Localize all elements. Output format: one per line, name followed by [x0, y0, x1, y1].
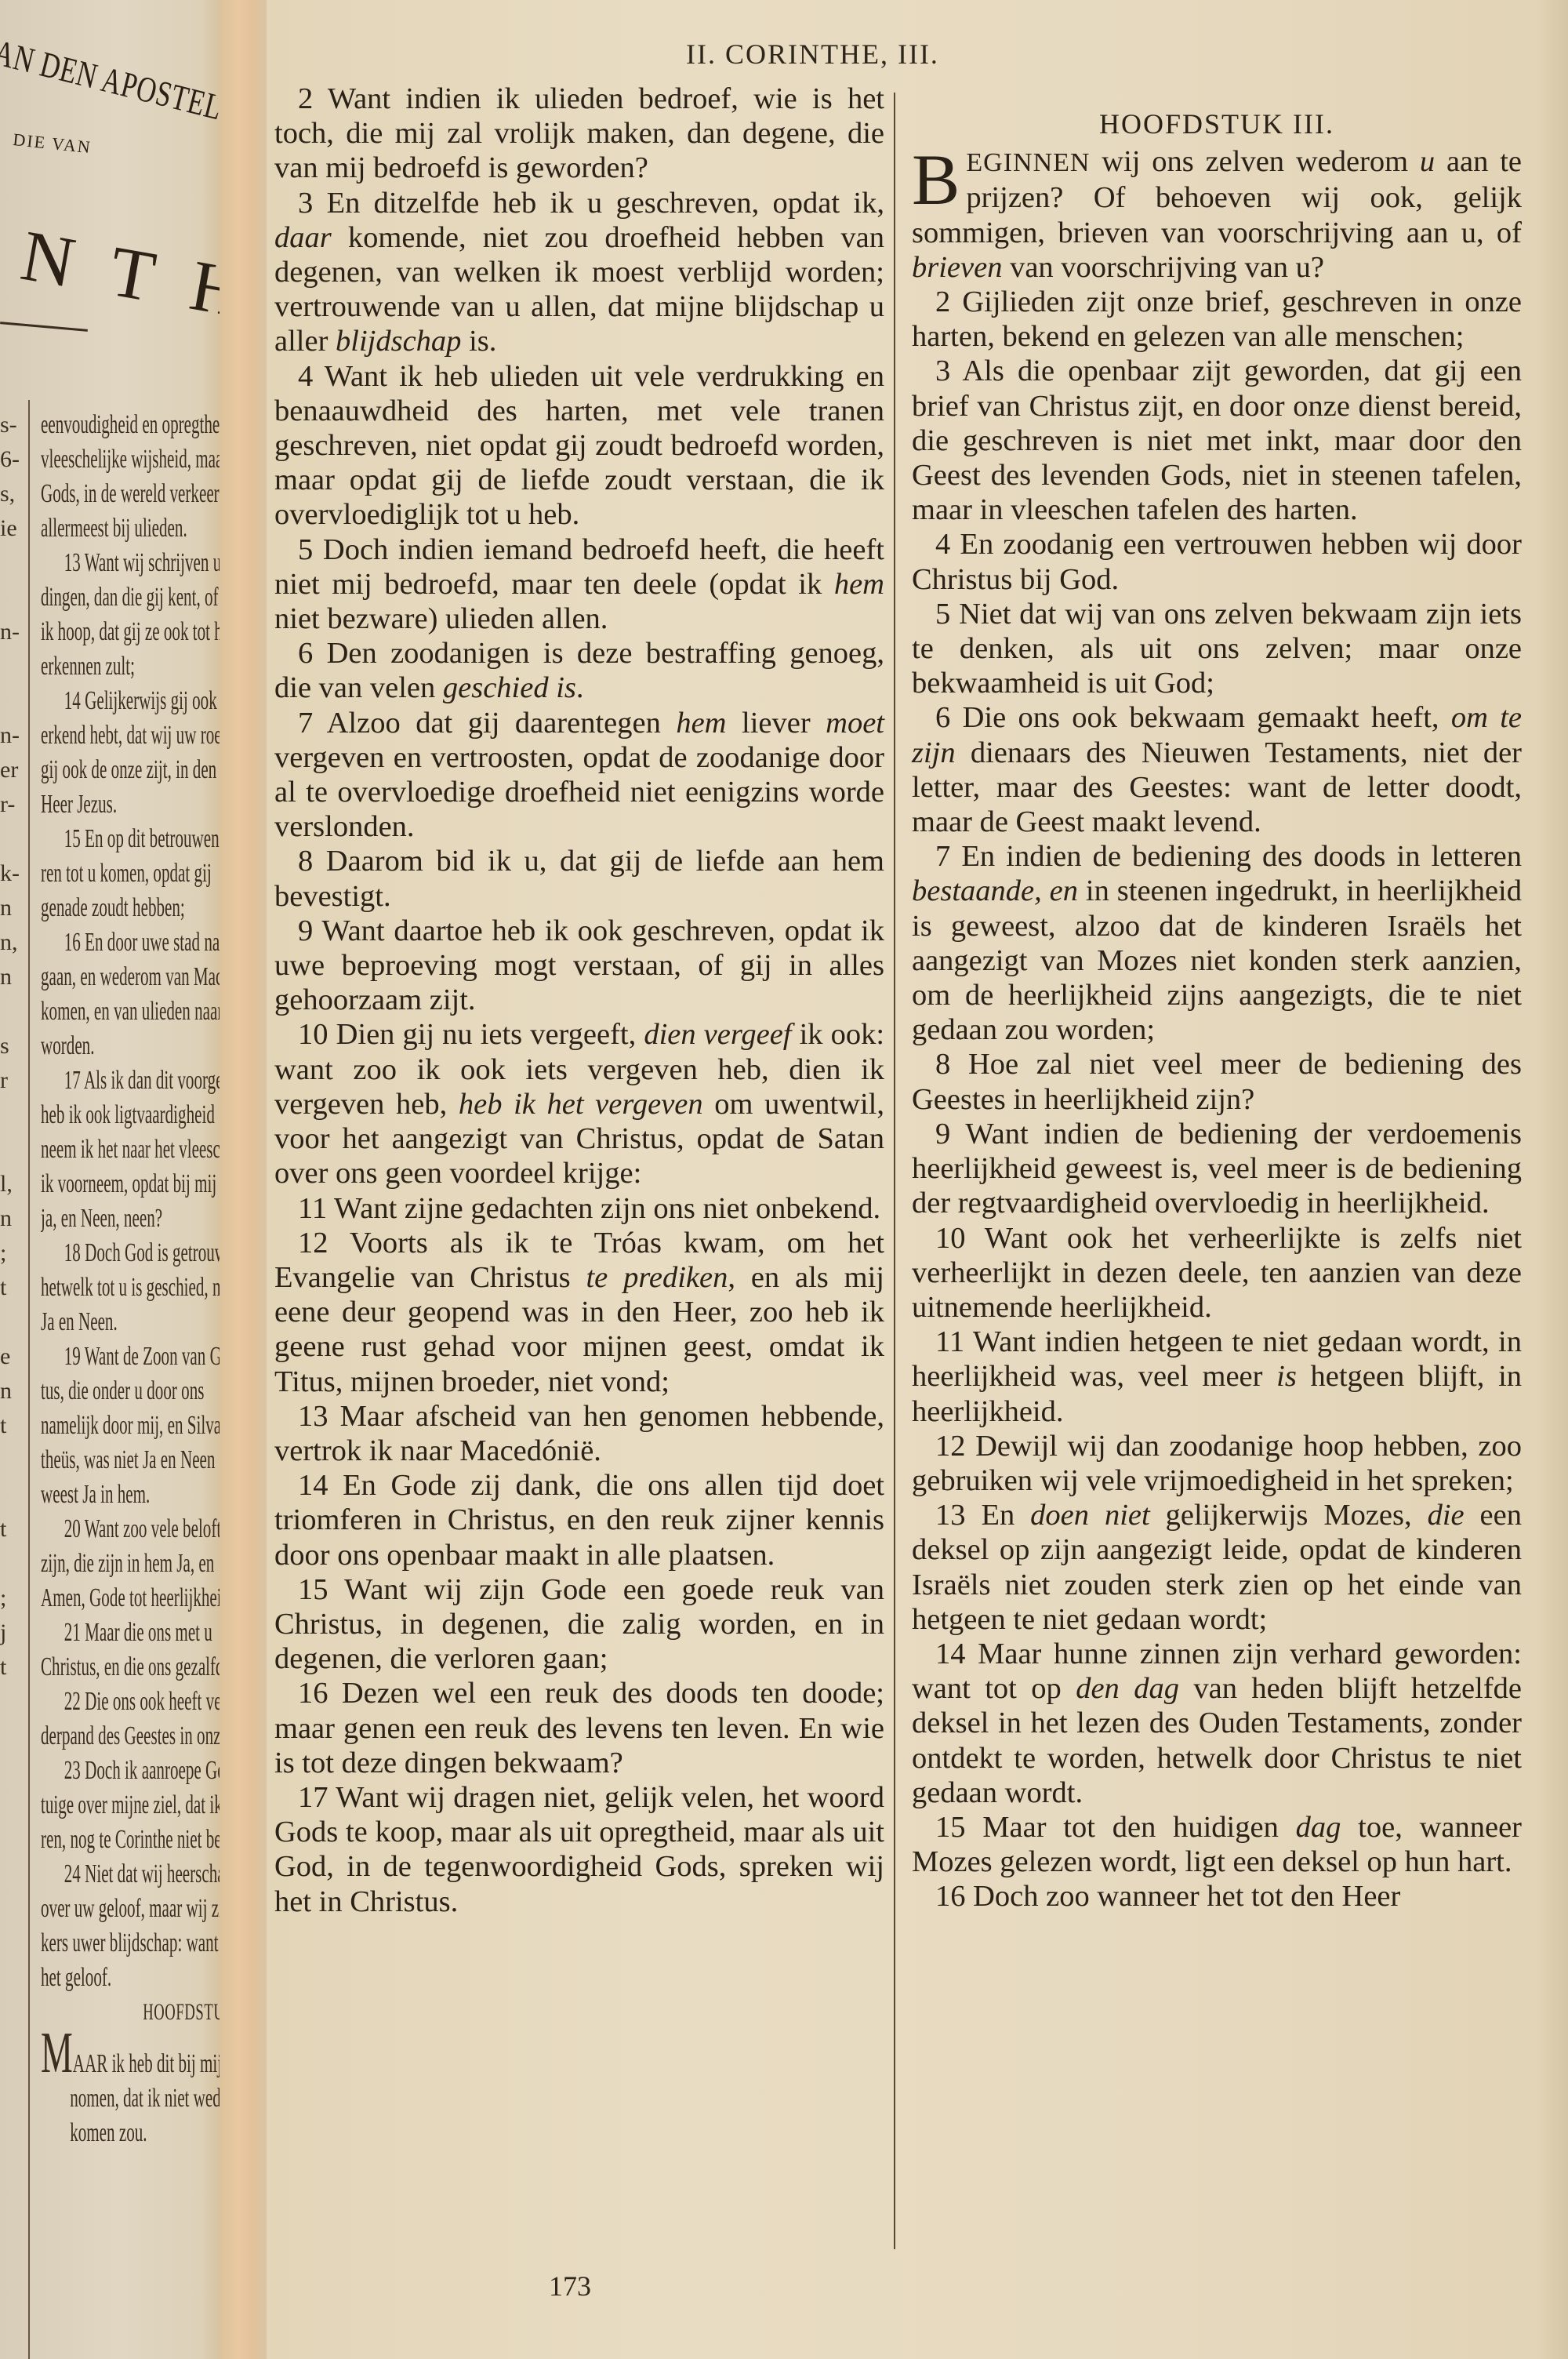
left-page-line: hetwelk tot u is geschied, niet	[41, 1270, 226, 1305]
drop-cap: B	[912, 149, 960, 210]
margin-fragment	[0, 1132, 19, 1167]
verse-text: niet bezware) ulieden allen.	[274, 602, 608, 635]
verse-number: 16	[935, 1880, 966, 1913]
verse-11: 11 Want indien hetgeen te niet gedaan wo…	[912, 1325, 1522, 1429]
left-page-line: 18 Doch God is getrouw, dat	[41, 1236, 226, 1270]
left-page-line: eenvoudigheid en opregtheid	[41, 408, 226, 442]
margin-fragment	[0, 649, 19, 684]
left-page-line: zijn, die zijn in hem Ja, en	[41, 1547, 226, 1581]
verse-number: 12	[935, 1430, 966, 1463]
main-page: II. CORINTHE, III. 2 Want indien ik ulie…	[267, 0, 1568, 2359]
left-page-line: over uw geloof, maar wij zijn	[41, 1892, 226, 1926]
running-head: II. CORINTHE, III.	[686, 38, 939, 71]
verse-13: 13 En doen niet gelijkerwijs Mozes, die …	[912, 1498, 1522, 1637]
left-page-line: 16 En door uwe stad naar	[41, 925, 226, 960]
left-page-line: tus, die onder u door ons	[41, 1374, 226, 1408]
verse-text: vergeven en vertroosten, opdat de zoodan…	[274, 741, 884, 843]
margin-fragment	[0, 994, 19, 1029]
verse-6: 6 Die ons ook bekwaam gemaakt heeft, om …	[912, 700, 1522, 839]
verse-text: Want wij zijn Gode een goede reuk van Ch…	[274, 1573, 884, 1675]
left-page-line: 14 Gelijkerwijs gij ook ten	[41, 684, 226, 718]
left-page-chapter-heading: HOOFDSTUK II.	[41, 1995, 226, 2030]
margin-fragment: t	[0, 1650, 19, 1685]
verse-text: Want wij dragen niet, gelijk velen, het …	[274, 1781, 884, 1918]
verse-italic: dien vergeef	[644, 1018, 791, 1051]
verse-16: 16 Doch zoo wanneer het tot den Heer	[912, 1879, 1522, 1914]
verse-number: 9	[298, 914, 313, 947]
margin-fragment: t	[0, 1408, 19, 1443]
verse-text: Want daartoe heb ik ook geschreven, opda…	[274, 914, 884, 1016]
verse-italic: daar	[274, 221, 332, 254]
verse-number: 10	[298, 1018, 328, 1051]
left-page-title-line-3: NTHE.	[16, 213, 235, 365]
verse-italic: hem	[834, 568, 884, 601]
verse-text: Hoe zal niet veel meer de bediening des …	[912, 1048, 1522, 1115]
left-page-line: ja, en Neen, neen?	[41, 1201, 226, 1236]
margin-fragment	[0, 1305, 19, 1339]
verse-2: 2 Gijlieden zijt onze brief, geschreven …	[912, 285, 1522, 354]
left-page-line: ren tot u komen, opdat gij	[41, 856, 226, 891]
verse-italic: die	[1428, 1499, 1465, 1532]
margin-fragment: s,	[0, 477, 19, 511]
margin-fragment: 6-	[0, 442, 19, 477]
left-page-chapter-line: nomen, dat ik niet weder	[41, 2081, 226, 2116]
margin-fragment: s	[0, 1029, 19, 1063]
left-page-line: Gods, in de wereld verkeerd,	[41, 477, 226, 511]
column-divider	[894, 93, 895, 2249]
verse-number: 14	[298, 1469, 328, 1502]
margin-fragment: n	[0, 1201, 19, 1236]
margin-fragment: er	[0, 753, 19, 787]
left-page-line: tuige over mijne ziel, dat ik	[41, 1788, 226, 1823]
left-page-line: 24 Niet dat wij heerschappij	[41, 1857, 226, 1892]
left-page-line: heb ik ook ligtvaardigheid	[41, 1098, 226, 1132]
verse-text: Want indien de bediening der verdoemenis…	[912, 1118, 1522, 1219]
verse-5: 5 Niet dat wij van ons zelven bekwaam zi…	[912, 597, 1522, 701]
margin-fragment: ie	[0, 511, 19, 546]
verse-number: 16	[298, 1677, 328, 1710]
left-page-line: gaan, en wederom van Mace-	[41, 960, 226, 994]
verse-12: 12 Dewijl wij dan zoodanige hoop hebben,…	[912, 1429, 1522, 1498]
left-page-line: erkennen zult;	[41, 649, 226, 684]
verse-number: 6	[298, 637, 313, 670]
verse-5: 5 Doch indien iemand bedroefd heeft, die…	[274, 533, 884, 637]
left-page-text-column: eenvoudigheid en opregtheidvleeschelijke…	[41, 408, 226, 2150]
verse-text: En zoodanig een vertrouwen hebben wij do…	[912, 528, 1522, 595]
verse-number: 10	[935, 1222, 966, 1255]
verse-number: 15	[935, 1811, 966, 1844]
verse-text: Doch indien iemand bedroefd heeft, die h…	[274, 533, 884, 601]
verse-2: 2 Want indien ik ulieden bedroef, wie is…	[274, 82, 884, 186]
margin-fragment	[0, 1478, 19, 1512]
left-page-line: theüs, was niet Ja en Neen	[41, 1443, 226, 1478]
left-page-line: Heer Jezus.	[41, 787, 226, 822]
verse-9: 9 Want indien de bediening der verdoemen…	[912, 1117, 1522, 1221]
verse-4: 4 En zoodanig een vertrouwen hebben wij …	[912, 527, 1522, 596]
left-page-line: weest Ja in hem.	[41, 1478, 226, 1512]
left-page-line: Christus, en die ons gezalfd	[41, 1650, 226, 1685]
verse-number: 13	[935, 1499, 966, 1532]
verse-text: Die ons ook bekwaam gemaakt heeft,	[963, 701, 1451, 734]
margin-fragment: t	[0, 1270, 19, 1305]
margin-fragment	[0, 580, 19, 615]
verse-text: En Gode zij dank, die ons allen tijd doe…	[274, 1469, 884, 1571]
verse-6: 6 Den zoodanigen is deze bestraffing gen…	[274, 636, 884, 705]
margin-fragment: n-	[0, 615, 19, 649]
margin-fragment	[0, 822, 19, 856]
margin-fragment	[0, 1098, 19, 1132]
verse-8: 8 Hoe zal niet veel meer de bediening de…	[912, 1047, 1522, 1116]
margin-fragment: n	[0, 1374, 19, 1408]
page-edge-shadow	[1537, 0, 1568, 2359]
left-page-title-line-1: AN DEN APOSTEL P	[0, 31, 235, 133]
left-facing-page: AN DEN APOSTEL P DIE VAN NTHE. s-6-s,ien…	[0, 0, 235, 2359]
left-page-drop-cap: M	[41, 2030, 73, 2081]
margin-fragment: n	[0, 891, 19, 925]
verse-3: 3 En ditzelfde heb ik u geschreven, opda…	[274, 186, 884, 359]
chapter-heading: HOOFDSTUK III.	[912, 107, 1522, 141]
margin-fragment	[0, 1547, 19, 1581]
verse-11: 11 Want zijne gedachten zijn ons niet on…	[274, 1191, 884, 1226]
left-page-line: ik voorneem, opdat bij mij	[41, 1167, 226, 1201]
verse-italic: blijdschap	[336, 325, 461, 358]
verse-italic: doen niet	[1030, 1499, 1150, 1532]
verse-number: 3	[935, 354, 950, 387]
verse-15: 15 Maar tot den huidigen dag toe, wannee…	[912, 1810, 1522, 1879]
verse-text: Daarom bid ik u, dat gij de liefde aan h…	[274, 845, 884, 912]
verse-text: Dezen wel een reuk des doods ten doode; …	[274, 1677, 884, 1779]
right-text-column: HOOFDSTUK III. BEGINNEN wij ons zelven w…	[912, 107, 1522, 1914]
left-page-line: allermeest bij ulieden.	[41, 511, 226, 546]
margin-fragment: n,	[0, 925, 19, 960]
verse-text: .	[576, 671, 584, 704]
verse-text: dienaars des Nieuwen Testaments, niet de…	[912, 736, 1522, 838]
verse-number: 5	[935, 598, 950, 631]
left-page-line: vleeschelijke wijsheid, maar in	[41, 442, 226, 477]
verse-text: Want ook het verheerlijkte is zelfs niet…	[912, 1222, 1522, 1324]
left-page-line: Ja en Neen.	[41, 1305, 226, 1339]
margin-fragment: e	[0, 1339, 19, 1374]
left-page-line: 20 Want zoo vele beloften	[41, 1512, 226, 1547]
verse-number: 4	[935, 528, 950, 561]
left-text-column: 2 Want indien ik ulieden bedroef, wie is…	[274, 82, 884, 1919]
verse-number: 4	[298, 360, 313, 393]
verse-number: 8	[935, 1048, 950, 1081]
margin-fragment: j	[0, 1616, 19, 1650]
verse-text: Want ik heb ulieden uit vele verdrukking…	[274, 360, 884, 532]
margin-fragment	[0, 684, 19, 718]
margin-fragment: r	[0, 1063, 19, 1098]
verse-7: 7 En indien de bediening des doods in le…	[912, 839, 1522, 1047]
verse-italic: dag	[1296, 1811, 1341, 1844]
left-page-line: derpand des Geestes in onze	[41, 1719, 226, 1754]
verse-number: 9	[935, 1118, 950, 1150]
verse-text: Gijlieden zijt onze brief, geschreven in…	[912, 285, 1522, 353]
verse-text: gelijkerwijs Mozes,	[1150, 1499, 1428, 1532]
left-page-line: het geloof.	[41, 1961, 226, 1995]
left-page-column-rule	[28, 400, 30, 2359]
verse-italic: hem	[676, 707, 726, 740]
margin-fragment: n	[0, 960, 19, 994]
verse-number: 2	[298, 82, 313, 115]
margin-fragment: t	[0, 1512, 19, 1547]
left-page-line: komen, en van ulieden naar	[41, 994, 226, 1029]
verse-text: Maar afscheid van hen genomen hebbende, …	[274, 1400, 884, 1467]
verse-number: 15	[298, 1573, 328, 1606]
verse-text: Doch zoo wanneer het tot den Heer	[973, 1880, 1400, 1913]
margin-fragment: n-	[0, 718, 19, 753]
verse-number: 12	[298, 1227, 328, 1259]
first-word: EGINNEN	[966, 148, 1090, 177]
verse-4: 4 Want ik heb ulieden uit vele verdrukki…	[274, 359, 884, 533]
verse-text: En	[981, 1499, 1030, 1532]
verse-13: 13 Maar afscheid van hen genomen hebbend…	[274, 1399, 884, 1468]
verse-8: 8 Daarom bid ik u, dat gij de liefde aan…	[274, 844, 884, 913]
verse-number: 11	[298, 1192, 327, 1225]
left-page-line: neem ik het naar het vleesch	[41, 1132, 226, 1167]
verse-3: 3 Als die openbaar zijt geworden, dat gi…	[912, 354, 1522, 527]
margin-fragment: k-	[0, 856, 19, 891]
verse-italic: den dag	[1076, 1672, 1179, 1705]
left-page-line: genade zoudt hebben;	[41, 891, 226, 925]
left-page-title-line-2: DIE VAN	[12, 129, 93, 158]
verse-text: Want zijne gedachten zijn ons niet onbek…	[334, 1192, 880, 1225]
verse-number: 3	[298, 187, 313, 220]
verse-text: Niet dat wij van ons zelven bekwaam zijn…	[912, 598, 1522, 700]
verse-italic: te prediken	[586, 1261, 728, 1294]
left-page-line: 21 Maar die ons met u	[41, 1616, 226, 1650]
margin-fragment: r-	[0, 787, 19, 822]
left-page-chapter-text: komen zou.	[70, 2118, 147, 2147]
verse-10: 10 Dien gij nu iets vergeeft, dien verge…	[274, 1017, 884, 1190]
verse-17: 17 Want wij dragen niet, gelijk velen, h…	[274, 1780, 884, 1919]
verse-text: En indien de bediening des doods in lett…	[961, 840, 1522, 873]
verse-9: 9 Want daartoe heb ik ook geschreven, op…	[274, 914, 884, 1018]
left-page-line: 15 En op dit betrouwen wilde	[41, 822, 226, 856]
left-page-line: dingen, dan die gij kent, of ook	[41, 580, 226, 615]
verse-text: liever	[727, 707, 826, 740]
book-gutter	[220, 0, 267, 2359]
verse-7: 7 Alzoo dat gij daarentegen hem liever m…	[274, 706, 884, 845]
margin-fragment: s-	[0, 408, 19, 442]
left-page-line: gij ook de onze zijt, in den	[41, 753, 226, 787]
left-page-line: 23 Doch ik aanroepe God	[41, 1754, 226, 1788]
left-page-chapter-text: AAR ik heb dit bij mij	[73, 2049, 222, 2078]
verse-text: Want indien ik ulieden bedroef, wie is h…	[274, 82, 884, 184]
left-page-line: 13 Want wij schrijven u geene	[41, 546, 226, 580]
verse-1: BEGINNEN wij ons zelven wederom u aan te…	[912, 144, 1522, 285]
verse-14: 14 En Gode zij dank, die ons allen tijd …	[274, 1468, 884, 1572]
left-page-line: namelijk door mij, en Silva-	[41, 1408, 226, 1443]
verse-14: 14 Maar hunne zinnen zijn verhard geword…	[912, 1637, 1522, 1810]
left-page-line: 19 Want de Zoon van God	[41, 1339, 226, 1374]
margin-fragment: ;	[0, 1581, 19, 1616]
verse-italic: geschied is	[443, 671, 576, 704]
verse-italic: heb ik het vergeven	[459, 1088, 703, 1121]
verse-15: 15 Want wij zijn Gode een goede reuk van…	[274, 1572, 884, 1677]
verse-number: 17	[298, 1781, 328, 1814]
verse-number: 7	[298, 707, 313, 740]
page-number: 173	[549, 2270, 591, 2303]
left-margin-fragments: s-6-s,ien-n-err-k-nn,nsrl,n;tentt;jt	[0, 408, 19, 1685]
verse-italic: brieven	[912, 251, 1002, 284]
verse-number: 6	[935, 701, 950, 734]
left-page-chapter-line: MAAR ik heb dit bij mij	[41, 2030, 226, 2081]
left-page-line: ren, nog te Corinthe niet ben	[41, 1823, 226, 1857]
verse-number: 7	[935, 840, 950, 873]
verse-text: Als die openbaar zijt geworden, dat gij …	[912, 354, 1522, 526]
verse-number: 11	[935, 1325, 964, 1358]
left-page-line: erkend hebt, dat wij uw roem	[41, 718, 226, 753]
verse-text: En ditzelfde heb ik u geschreven, opdat …	[327, 187, 884, 220]
verse-italic: moet	[826, 707, 884, 740]
verse-text: van voorschrijving van u?	[1002, 251, 1324, 284]
verse-number: 14	[935, 1637, 966, 1670]
left-page-line: worden.	[41, 1029, 226, 1063]
left-page-chapter-line: komen zou.	[41, 2116, 226, 2150]
verse-16: 16 Dezen wel een reuk des doods ten dood…	[274, 1676, 884, 1780]
margin-fragment	[0, 546, 19, 580]
verse-number: 5	[298, 533, 313, 566]
verse-text: Dewijl wij dan zoodanige hoop hebben, zo…	[912, 1430, 1522, 1497]
verse-text: wij ons zelven wederom	[1090, 145, 1419, 178]
verse-italic: bestaande, en	[912, 874, 1078, 907]
margin-fragment	[0, 1443, 19, 1478]
verse-italic: u	[1420, 145, 1435, 178]
margin-fragment: ;	[0, 1236, 19, 1270]
left-page-line: Amen, Gode tot heerlijkheid	[41, 1581, 226, 1616]
verse-number: 2	[935, 285, 950, 318]
verse-text: Dien gij nu iets vergeeft,	[336, 1018, 644, 1051]
verse-12: 12 Voorts als ik te Tróas kwam, om het E…	[274, 1226, 884, 1399]
title-rule	[0, 322, 88, 332]
verse-10: 10 Want ook het verheerlijkte is zelfs n…	[912, 1221, 1522, 1325]
margin-fragment: l,	[0, 1167, 19, 1201]
left-page-line: kers uwer blijdschap: want	[41, 1926, 226, 1961]
left-page-chapter-text: nomen, dat ik niet weder	[70, 2084, 225, 2113]
verse-text: Alzoo dat gij daarentegen	[327, 707, 677, 740]
left-page-line: 22 Die ons ook heeft verzegeld	[41, 1685, 226, 1719]
verse-text: is.	[461, 325, 496, 358]
verse-number: 13	[298, 1400, 328, 1433]
left-page-line: ik hoop, dat gij ze ook tot het	[41, 615, 226, 649]
verse-number: 8	[298, 845, 313, 878]
verse-italic: is	[1276, 1360, 1297, 1393]
verse-text: Maar tot den huidigen	[982, 1811, 1295, 1844]
left-page-line: 17 Als ik dan dit voorge-	[41, 1063, 226, 1098]
